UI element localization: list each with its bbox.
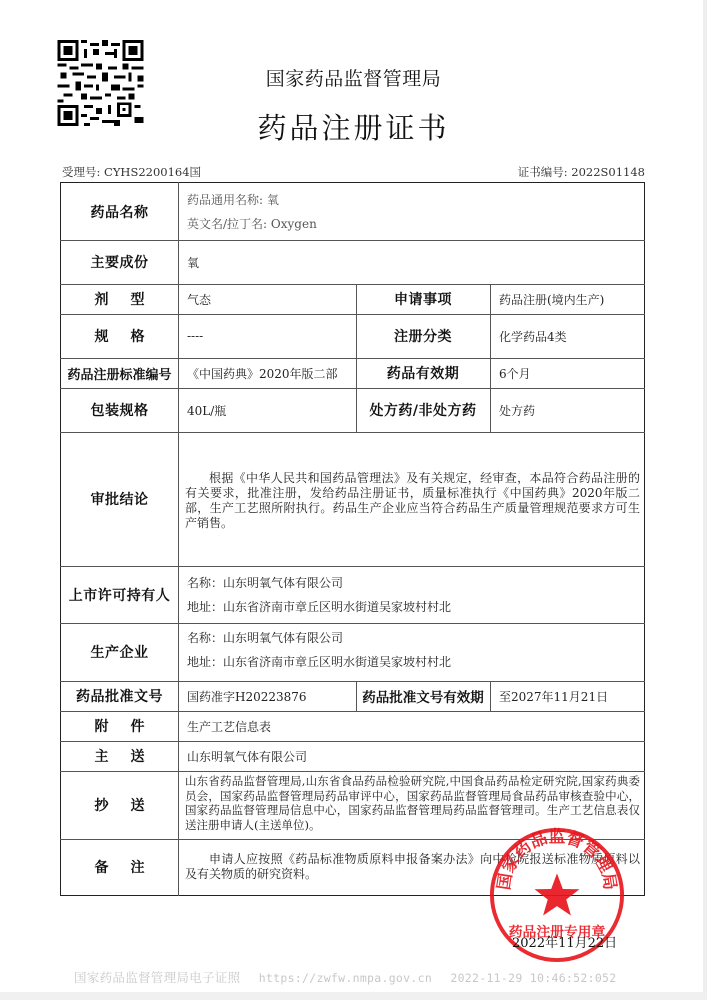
acceptance-number: 受理号: CYHS2200164国 [62,164,201,180]
attachment-value: 生产工艺信息表 [178,711,644,741]
approval-validity-value: 至2027年11月21日 [490,681,644,711]
cc-text: 山东省药品监督管理局,山东省食品药品检验研究院,中国食品药品检定研究院,国家药典… [185,774,640,832]
english-name: 英文名/拉丁名: Oxygen [187,215,317,232]
dosage-form-value: 气态 [178,284,356,314]
label-standard-number: 药品注册标准编号 [61,358,178,388]
manufacturer-values: 名称：山东明氧气体有限公司 地址：山东省济南市章丘区明水街道吴家坡村村北 [178,623,644,681]
label-recipient-text: 主送 [73,746,167,766]
main-ingredient-value: 氧 [178,240,644,284]
label-application-item: 申请事项 [356,284,490,314]
label-specification-text: 规格 [73,326,167,346]
registration-class-value: 化学药品4类 [490,314,644,358]
label-validity: 药品有效期 [356,358,490,388]
rx-type-value: 处方药 [490,388,644,432]
recipient-value: 山东明氧气体有限公司 [178,741,644,771]
label-registration-class: 注册分类 [356,314,490,358]
label-approval-validity: 药品批准文号有效期 [356,681,490,711]
manufacturer-name: 名称：山东明氧气体有限公司 [187,629,343,646]
footer-url[interactable]: https://zwfw.nmpa.gov.cn [259,971,432,985]
label-recipient: 主送 [61,741,178,771]
mah-name: 名称：山东明氧气体有限公司 [187,574,343,591]
label-attachment-text: 附件 [73,716,167,736]
page-edge-bottom [0,992,707,1000]
manufacturer-address: 地址：山东省济南市章丘区明水街道吴家坡村村北 [187,653,451,670]
validity-value: 6个月 [490,358,644,388]
label-rx-type: 处方药/非处方药 [356,388,490,432]
label-main-ingredient: 主要成份 [61,240,178,284]
generic-name: 药品通用名称: 氧 [187,191,279,208]
packaging-value: 40L/瓶 [178,388,356,432]
certificate-number: 证书编号: 2022S01148 [518,164,645,180]
label-approval-number: 药品批准文号 [61,681,178,711]
certificate-title: 药品注册证书 [0,106,707,147]
label-dosage-form-text: 剂型 [73,289,167,309]
agency-name: 国家药品监督管理局 [0,64,707,91]
standard-number-value: 《中国药典》2020年版二部 [178,358,356,388]
label-cc: 抄送 [61,771,178,839]
label-remarks-text: 备注 [73,857,167,877]
label-drug-name: 药品名称 [61,183,178,240]
mah-values: 名称：山东明氧气体有限公司 地址：山东省济南市章丘区明水街道吴家坡村村北 [178,566,644,623]
drug-name-values: 药品通用名称: 氧 英文名/拉丁名: Oxygen [178,183,644,240]
label-cc-text: 抄送 [73,795,167,815]
footer: 国家药品监督管理局电子证照 https://zwfw.nmpa.gov.cn 2… [74,968,617,986]
label-manufacturer: 生产企业 [61,623,178,681]
issue-date: 2022年11月22日 [512,932,617,951]
label-mah: 上市许可持有人 [61,566,178,623]
page-edge-right [703,0,707,1000]
footer-timestamp: 2022-11-29 10:46:52:052 [450,971,616,985]
mah-address: 地址：山东省济南市章丘区明水街道吴家坡村村北 [187,598,451,615]
application-item-value: 药品注册(境内生产) [490,284,644,314]
label-remarks: 备注 [61,839,178,895]
approval-number-value: 国药准字H20223876 [178,681,356,711]
conclusion-text: 根据《中华人民共和国药品管理法》及有关规定，经审查，本品符合药品注册的有关要求，… [185,471,640,531]
label-attachment: 附件 [61,711,178,741]
label-dosage-form: 剂型 [61,284,178,314]
label-specification: 规格 [61,314,178,358]
label-conclusion: 审批结论 [61,432,178,566]
specification-value: ---- [178,314,356,358]
label-packaging: 包装规格 [61,388,178,432]
footer-source: 国家药品监督管理局电子证照 [74,970,240,985]
